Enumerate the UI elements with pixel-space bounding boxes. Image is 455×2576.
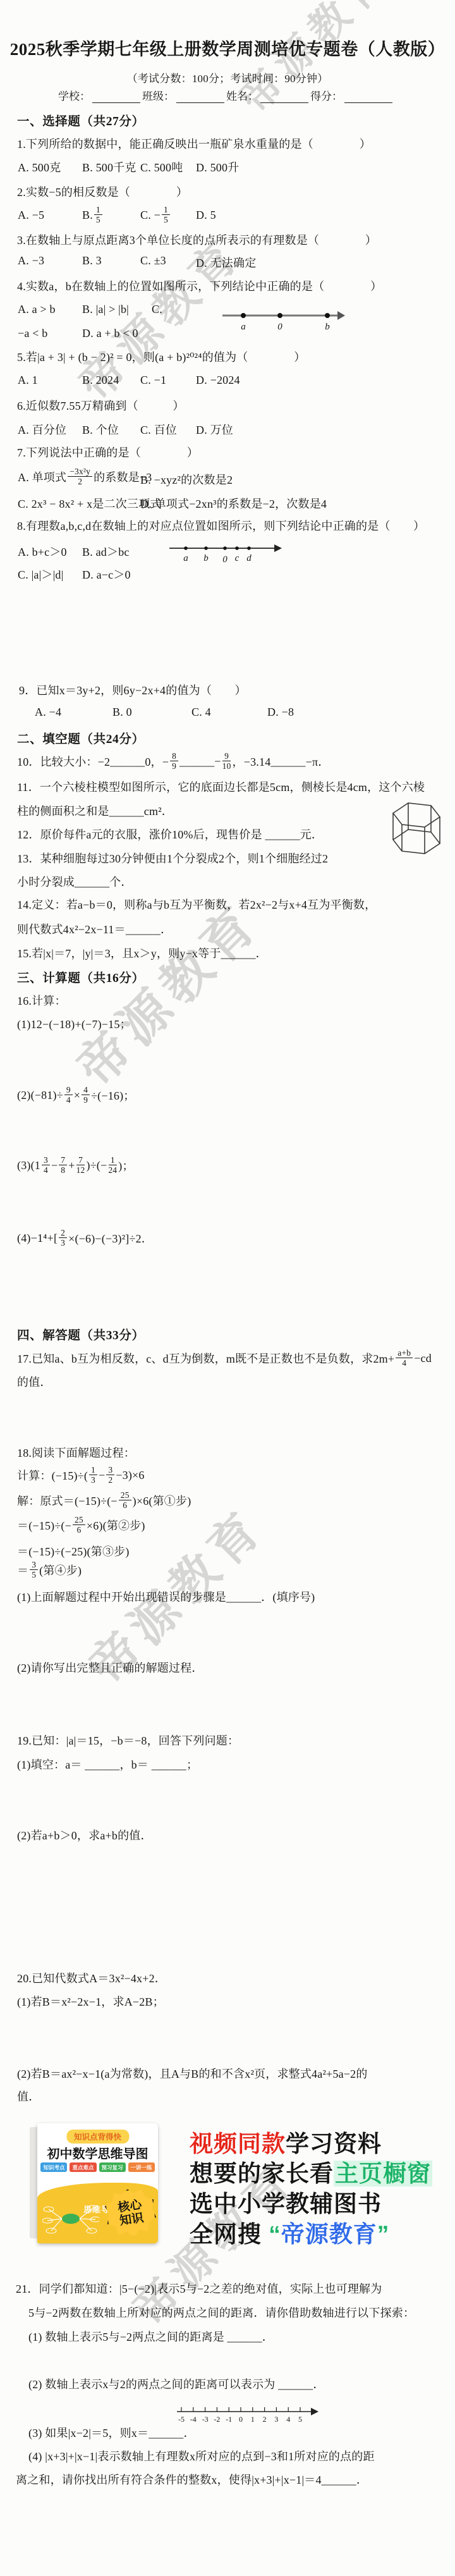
option-text: D. 5 <box>196 209 216 222</box>
ad-text: 想要的家长看 <box>190 2161 334 2187</box>
nl-label-d: d <box>246 553 252 563</box>
option-text: A. 单项式 <box>18 469 66 485</box>
class-blank <box>176 91 224 103</box>
q18-step1: 解：原式＝(−15)÷(− 256 )×6(第①步) <box>17 1489 191 1512</box>
nl-label-a: a <box>183 553 188 563</box>
nl-label-0: 0 <box>277 322 282 332</box>
q12-line: 12．原价每件a元的衣服，涨价10%后，现售价是 ______元． <box>17 826 323 842</box>
q18-step4: ＝ 35 (第④步) <box>17 1559 82 1581</box>
text: )÷(− <box>87 1159 107 1172</box>
q18-head: 18.阅读下面解题过程： <box>17 1444 135 1461</box>
ad-line-3: 选中小学教辅图书 <box>190 2185 382 2219</box>
text: − <box>214 755 221 768</box>
q19-head: 19.已知：|a|＝15，−b＝−8，回答下列问题： <box>17 1732 239 1748</box>
q2-option-b: B. 15 <box>82 204 104 226</box>
text: − <box>99 1469 105 1482</box>
text: 解：原式＝(−15)÷(− <box>17 1492 118 1509</box>
tick-label: -1 <box>226 2415 232 2424</box>
book-face: 知识点背得快 初中数学思维导图 知识考点 重点难点 预习复习 一讲一练 <box>37 2123 158 2243</box>
hexagonal-prism-figure <box>385 797 444 857</box>
fraction: 49 <box>82 1086 90 1105</box>
q4-option-d: D. a + b < 0 <box>82 327 138 340</box>
text: ＝ <box>17 1562 28 1578</box>
text: −3)×6 <box>116 1469 144 1482</box>
q19-sub1: (1)填空：a＝ ______，b＝ ______； <box>17 1756 198 1772</box>
q21-sub4-line2: 离之和，请你找出所有符合条件的整数x，使得|x+3|+|x−1|＝4______… <box>16 2471 368 2487</box>
text: (3)(1 <box>17 1159 40 1172</box>
q21-sub3: (3) 如果|x−2|＝5，则x＝______． <box>28 2424 195 2441</box>
number-line-q4: a 0 b <box>221 306 348 334</box>
q5-stem: 5.若|a + 3| + (b − 2)² = 0，则(a + b)²⁰²⁴的值… <box>17 348 306 365</box>
ad-brand-text: 帝源教育 <box>281 2221 377 2247</box>
q2-option-c: C. − 15 <box>140 204 171 226</box>
fraction: 15 <box>162 205 170 225</box>
option-text: B. <box>82 209 93 222</box>
fraction: 256 <box>119 1491 131 1511</box>
ad-highlight-text: 主页橱窗 <box>334 2161 432 2187</box>
fraction: 256 <box>73 1516 85 1535</box>
q5-option-a: A. 1 <box>18 374 38 387</box>
q14-line2: 则代数式4x²−2x−11＝______． <box>17 921 172 937</box>
text: 计算：(−15)÷( <box>17 1467 88 1483</box>
q5-option-b: B. 2024 <box>82 374 119 387</box>
burst-text: 知识 <box>119 2212 145 2228</box>
q20-sub2-line1: (2)若B＝ax²−x−1(a为常数)，且A与B的和不含x²页，求整式4a²+5… <box>17 2065 368 2082</box>
q9-option-c: C. 4 <box>191 706 211 719</box>
tick-label: 0 <box>239 2415 243 2424</box>
ad-line-1: 视频同款学习资料 <box>190 2125 382 2159</box>
page-title: 2025秋季学期七年级上册数学周测培优专题卷（人教版） <box>0 35 455 60</box>
tick-label: 1 <box>251 2415 255 2424</box>
q11-line1: 11．一个六棱柱模型如图所示，它的底面边长都是5cm，侧棱长是4cm，这个六棱 <box>17 778 425 795</box>
q17-line2: 的值． <box>17 1373 52 1390</box>
section-2-header: 二、填空题（共24分） <box>17 729 145 747</box>
q8-option-d: D. a−c＞0 <box>82 566 131 582</box>
fraction: 35 <box>30 1561 38 1580</box>
q18-step3: ＝(−15)÷(−25)(第③步) <box>17 1543 130 1559</box>
q4-stem: 4.实数a，b在数轴上的位置如图所示，下列结论中正确的是（ ） <box>17 278 382 294</box>
text: (4)−1⁴+[ <box>17 1232 58 1245</box>
tick-label: -5 <box>178 2415 185 2424</box>
q2-option-a: A. −5 <box>18 204 44 226</box>
number-line-q8: a b 0 c d <box>169 540 284 565</box>
q1-option-a: A. 500克 <box>18 159 61 175</box>
q20-sub2-line2: 值． <box>17 2088 40 2104</box>
q6-stem: 6.近似数7.55万精确到（ ） <box>17 397 185 414</box>
fraction: 712 <box>76 1156 85 1175</box>
q3-option-d: D. 无法确定 <box>196 254 256 271</box>
tick-label: 2 <box>263 2415 267 2424</box>
fraction: 124 <box>108 1156 117 1175</box>
q13-line2: 小时分裂成______个． <box>17 873 133 890</box>
school-label: 学校： <box>58 87 90 103</box>
book-cover: 知识点背得快 初中数学思维导图 知识考点 重点难点 预习复习 一讲一练 <box>30 2123 158 2243</box>
q2-option-d: D. 5 <box>196 204 216 226</box>
nl-label-b: b <box>325 322 330 332</box>
book-tags: 知识考点 重点难点 预习复习 一讲一练 <box>37 2162 158 2172</box>
text: 10．比较大小：−2 <box>17 753 110 770</box>
q8-option-c: C. |a|＞|d| <box>18 566 63 582</box>
q8-option-b: B. ad＞bc <box>82 543 130 560</box>
q18-sub2: (2)请你写出完整且正确的解题过程． <box>17 1659 203 1676</box>
text: ×6)(第②步) <box>87 1517 145 1533</box>
q10-line: 10．比较大小：−2 ______ 0，− 89 ______ − 910 ，−… <box>17 750 329 773</box>
q4-option-c: C. <box>152 303 162 316</box>
q16-part2: (2)(−81)÷ 94 × 49 ÷(−16)； <box>17 1084 135 1107</box>
text: − <box>51 1159 58 1172</box>
quote-mark: “ <box>269 2221 281 2247</box>
q1-option-b: B. 500千克 <box>82 159 136 175</box>
q5-option-c: C. −1 <box>140 374 166 387</box>
watermark: 帝源教育 <box>224 0 401 123</box>
score-blank <box>344 91 392 103</box>
q9-stem: 9．已知x＝3y+2，则6y−2x+4的值为（ ） <box>19 682 246 698</box>
tick-label: -4 <box>190 2415 197 2424</box>
fraction: 23 <box>59 1229 67 1248</box>
fraction: 13 <box>89 1466 97 1485</box>
nl-label-b: b <box>203 553 209 563</box>
q3-option-b: B. 3 <box>82 254 102 267</box>
ad-line-2: 想要的家长看主页橱窗 <box>190 2154 432 2188</box>
text: (第④步) <box>39 1562 82 1578</box>
q8-option-a: A. b+c＞0 <box>18 543 67 560</box>
class-label: 班级： <box>142 87 174 103</box>
q14-line1: 14.定义：若a−b＝0，则称a与b互为平衡数，若2x²−2与x+4互为平衡数， <box>17 896 376 912</box>
q6-option-a: A. 百分位 <box>18 421 66 438</box>
q15-line: 15.若|x|＝7，|y|＝3，且x＞y，则y−x等于______． <box>17 945 267 961</box>
text: ，−3.14 <box>233 753 271 770</box>
q20-head: 20.已知代数式A＝3x²−4x+2． <box>17 1970 166 1986</box>
mindmap-doodle <box>42 2202 99 2236</box>
text: )； <box>118 1157 133 1174</box>
ad-text: 学习资料 <box>286 2131 382 2157</box>
option-text: C. − <box>140 209 161 222</box>
q18-calc: 计算：(−15)÷( 13 − 32 −3)×6 <box>17 1464 145 1487</box>
q7-option-d: D. 单项式−2xn³的系数是−2，次数是4 <box>140 495 327 512</box>
q3-stem: 3.在数轴上与原点距离3个单位长度的点所表示的有理数是（ ） <box>17 231 377 248</box>
watermark: 帝源教育 <box>58 883 274 1100</box>
score-label: 得分： <box>310 87 343 103</box>
q6-option-d: D. 万位 <box>196 421 233 438</box>
text: −cd <box>414 1352 432 1365</box>
book-title: 初中数学思维导图 <box>37 2144 158 2162</box>
text: ＝(−15)÷(− <box>17 1517 71 1533</box>
book-badge: 知识点背得快 <box>66 2130 129 2144</box>
nl-label-a: a <box>241 322 246 332</box>
q4-option-b: B. |a| > |b| <box>82 303 129 316</box>
option-text: A. −5 <box>18 209 44 222</box>
q8-stem: 8.有理数a,b,c,d在数轴上的对应点位置如图所示，则下列结论中正确的是（ ） <box>17 517 425 534</box>
text: −π． <box>306 753 330 770</box>
exam-meta: （考试分数：100分；考试时间：90分钟） <box>0 70 455 85</box>
q1-option-c: C. 500吨 <box>140 159 183 175</box>
book-tag: 知识考点 <box>40 2162 67 2172</box>
q1-option-d: D. 500升 <box>196 159 239 175</box>
quote-mark: ” <box>377 2221 390 2247</box>
book-tag: 重点难点 <box>70 2162 96 2172</box>
fraction: 89 <box>170 752 178 771</box>
text: + <box>68 1159 75 1172</box>
q11-line2: 柱的侧面积之和是______cm²． <box>17 802 173 819</box>
text: 0，− <box>145 753 169 770</box>
q20-sub1: (1)若B＝x²−2x−1，求A−2B； <box>17 1993 164 2009</box>
text: ÷(−16)； <box>91 1087 135 1103</box>
book-tag: 一讲一练 <box>128 2162 155 2172</box>
answer-blank: ______ <box>179 755 214 768</box>
fraction: 910 <box>222 752 231 771</box>
fraction: 78 <box>59 1156 67 1175</box>
text: 17.已知a、b互为相反数，c、d互为倒数，m既不是正数也不是负数，求2m+ <box>17 1350 394 1366</box>
text: (2)(−81)÷ <box>17 1089 63 1102</box>
q6-option-b: B. 个位 <box>82 421 119 438</box>
text: )×6(第①步) <box>133 1492 191 1509</box>
ad-line-4: 全网搜 “帝源教育” <box>190 2215 389 2249</box>
q9-option-d: D. −8 <box>267 706 294 719</box>
student-info-row: 学校： 班级： 姓名： 得分： <box>58 87 394 103</box>
q4-option-c2: −a < b <box>18 327 48 340</box>
nl-label-0: 0 <box>222 555 227 565</box>
text: ×(−6)−(−3)²]÷2． <box>68 1230 153 1246</box>
ad-text: 全网搜 <box>190 2221 262 2247</box>
q16-part1: (1)12−(−18)+(−7)−15； <box>17 1015 131 1032</box>
fraction: 32 <box>106 1466 114 1485</box>
q16-part4: (4)−1⁴+[ 23 ×(−6)−(−3)²]÷2． <box>17 1227 153 1249</box>
book-spine <box>30 2127 37 2238</box>
q2-stem: 2.实数−5的相反数是（ ） <box>17 183 188 200</box>
q18-step2: ＝(−15)÷(− 256 ×6)(第②步) <box>17 1514 145 1536</box>
q16-head: 16.计算： <box>17 992 66 1009</box>
nl-label-c: c <box>235 553 240 563</box>
section-4-header: 四、解答题（共33分） <box>17 1325 145 1343</box>
q3-option-c: C. ±3 <box>140 254 166 267</box>
q21-sub4-line1: (4) |x+3|+|x−1|表示数轴上有理数x所对应的点到−3和1所对应的点的… <box>28 2448 375 2464</box>
q7-option-a: A. 单项式 −3x²y2 的系数是−3 <box>18 465 152 489</box>
fraction: −3x²y2 <box>68 467 92 487</box>
tick-label: -3 <box>202 2415 209 2424</box>
ad-text: 选中小学教辅图书 <box>190 2191 382 2217</box>
number-line-q21: -5 -4 -3 -2 -1 0 1 2 3 4 5 <box>177 2404 321 2431</box>
name-blank <box>260 91 308 103</box>
q1-stem: 1.下列所给的数据中，能正确反映出一瓶矿泉水重量的是（ ） <box>17 135 371 152</box>
q21-line2: 5与−2两数在数轴上所对应的两点之间的距离．请你借助数轴进行以下探索： <box>28 2304 415 2321</box>
answer-blank: ______ <box>110 755 145 768</box>
q5-option-d: D. −2024 <box>196 374 240 387</box>
tick-label: -2 <box>214 2415 220 2424</box>
answer-blank: ______ <box>270 755 305 768</box>
q17-line1: 17.已知a、b互为相反数，c、d互为倒数，m既不是正数也不是负数，求2m+ a… <box>17 1346 432 1371</box>
q21-sub2: (2) 数轴上表示x与2的两点之间的距离可以表示为 ______． <box>28 2376 325 2392</box>
tick-label: 3 <box>274 2415 278 2424</box>
q21-line1: 21．同学们都知道：|5−(−2)|表示5与−2之差的绝对值，实际上也可理解为 <box>16 2280 382 2297</box>
q7-stem: 7.下列说法中正确的是（ ） <box>17 444 198 460</box>
exam-page: 帝源教育 帝源教育 帝源教育 帝源教育 帝源教育 2025秋季学期七年级上册数学… <box>0 0 455 2576</box>
section-1-header: 一、选择题（共27分） <box>17 111 145 129</box>
q7-option-b: B. −xyz²的次数是2 <box>140 471 233 488</box>
fraction: 94 <box>64 1086 73 1105</box>
section-3-header: 三、计算题（共16分） <box>17 968 145 986</box>
tick-label: 5 <box>298 2415 302 2424</box>
book-tag: 预习复习 <box>99 2162 126 2172</box>
fraction: a+b4 <box>396 1349 413 1368</box>
q9-option-a: A. −4 <box>35 706 61 719</box>
school-blank <box>92 91 140 103</box>
q18-sub1: (1)上面解题过程中开始出现错误的步骤是______．(填序号) <box>17 1588 315 1605</box>
text: × <box>74 1089 80 1102</box>
q16-part3: (3)(1 34 − 78 + 712 )÷(− 124 )； <box>17 1154 134 1177</box>
tick-label: 4 <box>286 2415 290 2424</box>
q19-sub2: (2)若a+b＞0，求a+b的值． <box>17 1827 152 1843</box>
fraction: 34 <box>42 1156 50 1175</box>
q6-option-c: C. 百位 <box>140 421 177 438</box>
ad-red-text: 视频同款 <box>190 2131 286 2157</box>
q9-option-b: B. 0 <box>112 706 132 719</box>
name-label: 姓名： <box>226 87 258 103</box>
q4-option-a: A. a > b <box>18 303 56 316</box>
fraction: 15 <box>94 205 102 225</box>
q21-sub1: (1) 数轴上表示5与−2两点之间的距离是 ______． <box>28 2328 274 2345</box>
q3-option-a: A. −3 <box>18 254 44 267</box>
q13-line1: 13．某种细胞每过30分钟便由1个分裂成2个，则1个细胞经过2 <box>17 850 328 866</box>
